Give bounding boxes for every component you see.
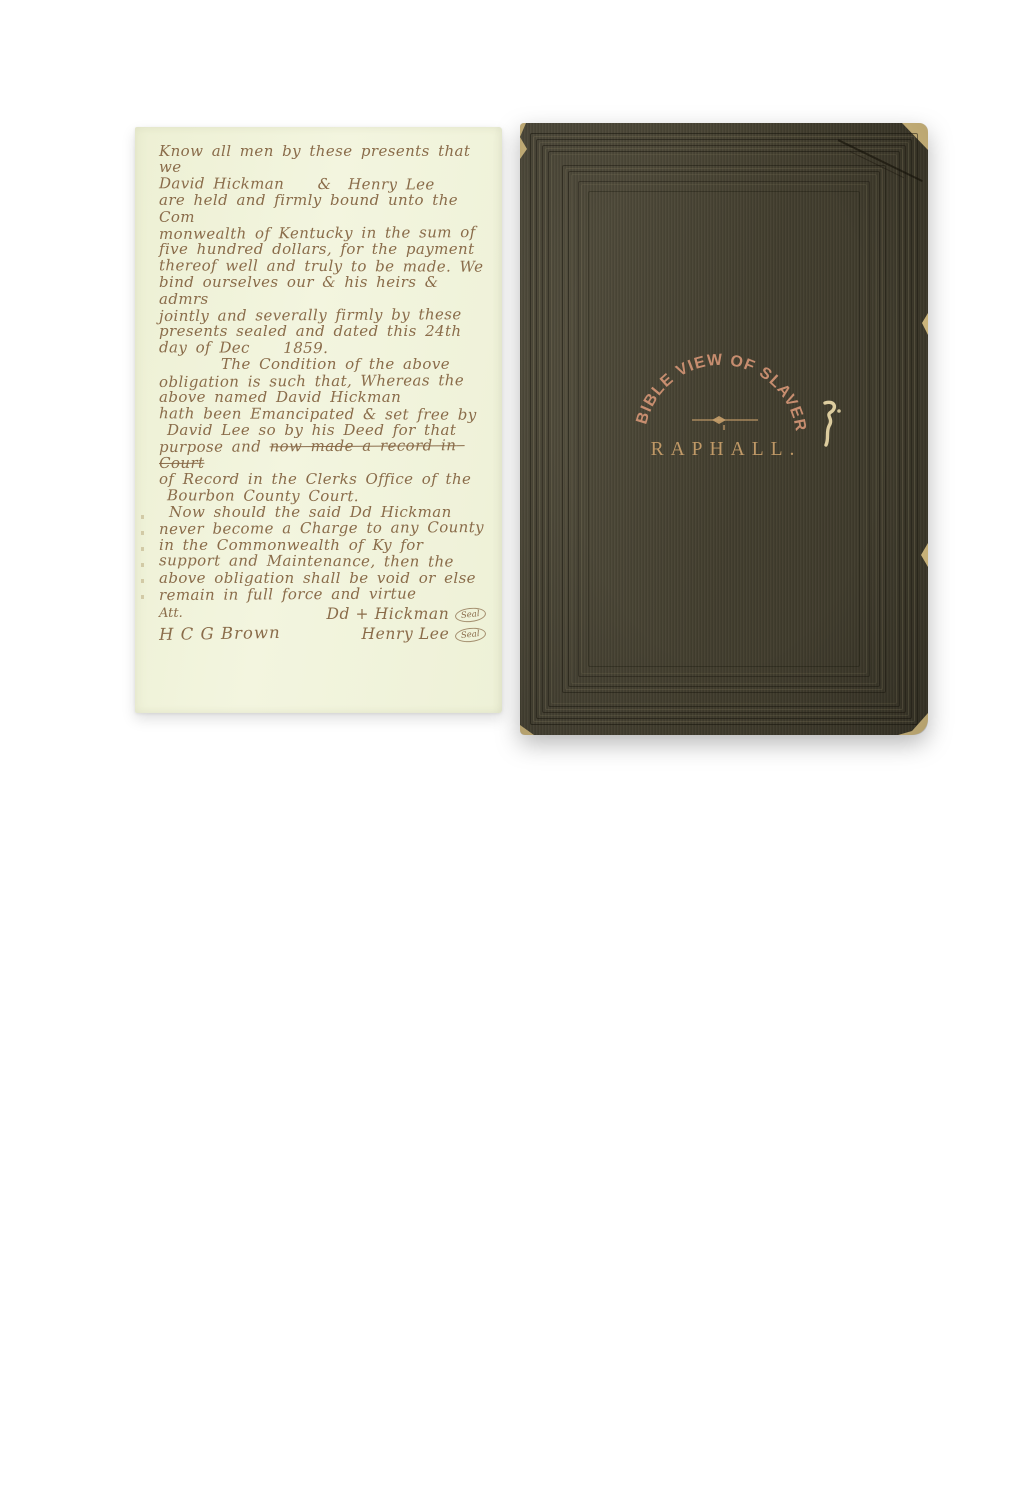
signature-hickman: Dd + HickmanSeal (326, 606, 486, 622)
manuscript-line: The Condition of the above (159, 356, 492, 372)
signature-row: H C G Brown Henry LeeSeal (159, 626, 492, 642)
attest-label: Att. (159, 606, 183, 622)
author-text: RAPHALL. (651, 439, 802, 460)
manuscript-line: thereof well and truly to be made. We (159, 257, 492, 275)
manuscript-line: monwealth of Kentucky in the sum of (159, 224, 492, 242)
manuscript-line: purpose and now made a record in Court (159, 437, 492, 472)
manuscript-line: five hundred dollars, for the payment (159, 241, 492, 257)
manuscript-line: support and Maintenance, then the (159, 552, 492, 570)
signature-row: Att. Dd + HickmanSeal (159, 606, 492, 622)
manuscript-line: David Hickman & Henry Lee (159, 175, 492, 193)
seal-mark: Seal (455, 626, 487, 643)
manuscript-line: presents sealed and dated this 24th (159, 323, 492, 339)
photo-canvas: Know all men by these presents that weDa… (0, 0, 1023, 1495)
binding-stitch-marks (141, 515, 144, 611)
manuscript-lines: Know all men by these presents that weDa… (159, 143, 492, 602)
seal-mark: Seal (455, 607, 487, 624)
manuscript-line: never become a Charge to any County (159, 519, 492, 537)
cover-lettering: BIBLE VIEW OF SLAVERY. RAPHALL. (520, 123, 928, 735)
manuscript-line: are held and firmly bound unto the Com (159, 192, 492, 225)
manuscript-text-block: Know all men by these presents that weDa… (159, 143, 492, 642)
manuscript-line: hath been Emancipated & set free by (159, 405, 492, 423)
manuscript-line: Bourbon County Court. (159, 487, 492, 505)
signer-name: Dd + Hickman (326, 605, 449, 623)
manuscript-line: obligation is such that, Whereas the (159, 372, 492, 390)
book-cover: BIBLE VIEW OF SLAVERY. RAPHALL. (520, 123, 928, 735)
title-arc-textpath: BIBLE VIEW OF SLAVERY. (520, 123, 809, 433)
signature-lee: Henry LeeSeal (362, 626, 486, 642)
manuscript-line: of Record in the Clerks Office of the (159, 471, 492, 487)
signature-area: Att. Dd + HickmanSeal H C G Brown Henry … (159, 606, 492, 642)
manuscript-line: remain in full force and virtue (159, 585, 492, 603)
struck-text: now made a record in Court (159, 436, 465, 472)
manuscript-line: bind ourselves our & his heirs & admrs (159, 274, 492, 307)
witness-signature: H C G Brown (159, 625, 281, 644)
signer-name: Henry Lee (362, 625, 450, 643)
manuscript-line: above named David Hickman (159, 389, 492, 405)
manuscript-line: day of Dec 1859. (159, 339, 492, 357)
manuscript-document: Know all men by these presents that weDa… (135, 127, 502, 713)
title-arc-text: BIBLE VIEW OF SLAVERY. (520, 123, 809, 433)
manuscript-line: Know all men by these presents that we (159, 143, 492, 176)
divider-ornament (692, 416, 758, 430)
manuscript-line: jointly and severally firmly by these (159, 306, 492, 324)
manuscript-line: above obligation shall be void or else (159, 570, 492, 586)
